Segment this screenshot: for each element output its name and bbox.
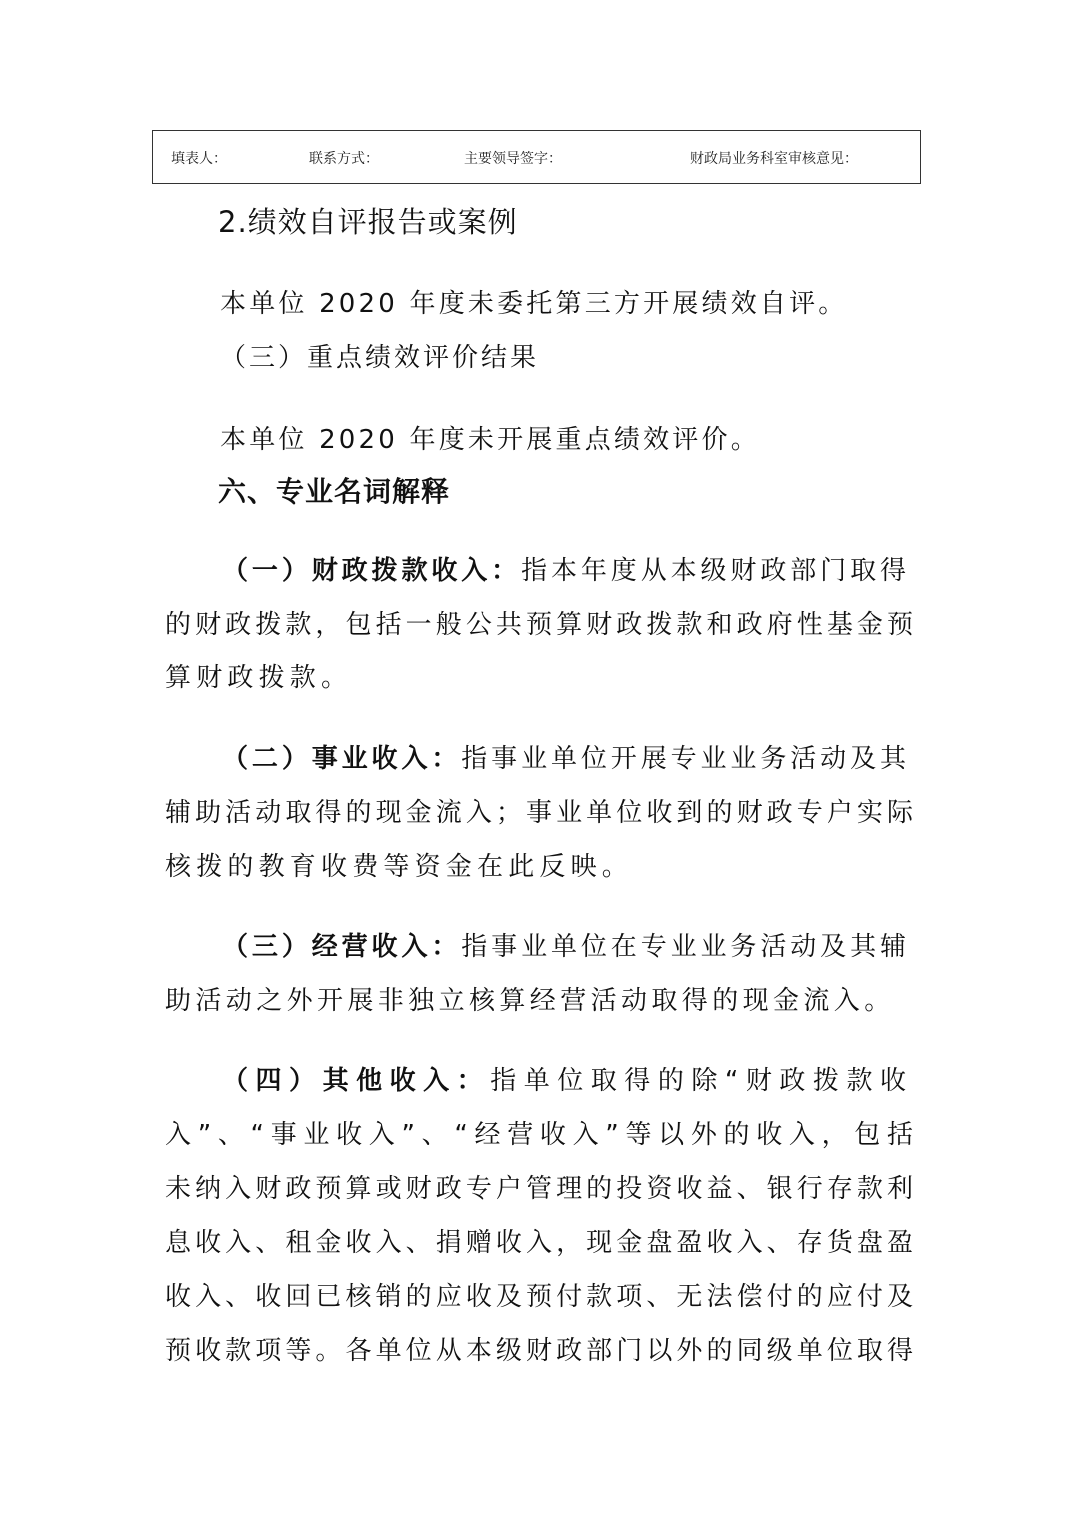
self-eval-heading: 2.绩效自评报告或案例 — [218, 200, 518, 241]
contact-label: 联系方式： — [309, 148, 379, 168]
term-paragraph-4-line-2: 入”、“事业收入”、“经营收入”等以外的收入，包括 — [165, 1114, 913, 1151]
term-label: （三）经营收入： — [222, 932, 461, 962]
term-paragraph-4-line-3: 未纳入财政预算或财政专户管理的投资收益、银行存款利 — [165, 1168, 913, 1205]
leader-signature-label: 主要领导签字： — [464, 148, 562, 168]
signature-box: 填表人： 联系方式： 主要领导签字： 财政局业务科室审核意见： — [152, 130, 921, 184]
term-paragraph-4-line-1: （四）其他收入：指单位取得的除“财政拨款收 — [222, 1060, 906, 1097]
terms-heading: 六、专业名词解释 — [218, 470, 450, 510]
term-paragraph-2-line-3: 核拨的教育收费等资金在此反映。 — [165, 846, 633, 883]
term-label: （四）其他收入： — [222, 1066, 490, 1096]
term-paragraph-1-line-3: 算财政拨款。 — [165, 657, 352, 694]
term-label: （一）财政拨款收入： — [222, 556, 521, 586]
key-eval-heading: （三）重点绩效评价结果 — [220, 337, 539, 374]
term-paragraph-4-line-6: 预收款项等。各单位从本级财政部门以外的同级单位取得 — [165, 1330, 913, 1367]
term-paragraph-3-line-1: （三）经营收入：指事业单位在专业业务活动及其辅 — [222, 926, 906, 963]
term-paragraph-2-line-1: （二）事业收入：指事业单位开展专业业务活动及其 — [222, 738, 906, 775]
term-paragraph-4-line-4: 息收入、租金收入、捐赠收入，现金盘盈收入、存货盘盈 — [165, 1222, 913, 1259]
term-paragraph-1-line-1: （一）财政拨款收入：指本年度从本级财政部门取得 — [222, 550, 906, 587]
term-paragraph-4-line-5: 收入、收回已核销的应收及预付款项、无法偿付的应付及 — [165, 1276, 913, 1313]
key-eval-body: 本单位 2020 年度未开展重点绩效评价。 — [220, 419, 760, 456]
filler-label: 填表人： — [171, 148, 227, 168]
self-eval-body: 本单位 2020 年度未委托第三方开展绩效自评。 — [220, 283, 848, 320]
term-paragraph-1-line-2: 的财政拨款，包括一般公共预算财政拨款和政府性基金预 — [165, 604, 913, 641]
term-paragraph-2-line-2: 辅助活动取得的现金流入；事业单位收到的财政专户实际 — [165, 792, 913, 829]
term-paragraph-3-line-2: 助活动之外开展非独立核算经营活动取得的现金流入。 — [165, 980, 895, 1017]
term-label: （二）事业收入： — [222, 744, 461, 774]
finance-review-label: 财政局业务科室审核意见： — [690, 148, 858, 168]
